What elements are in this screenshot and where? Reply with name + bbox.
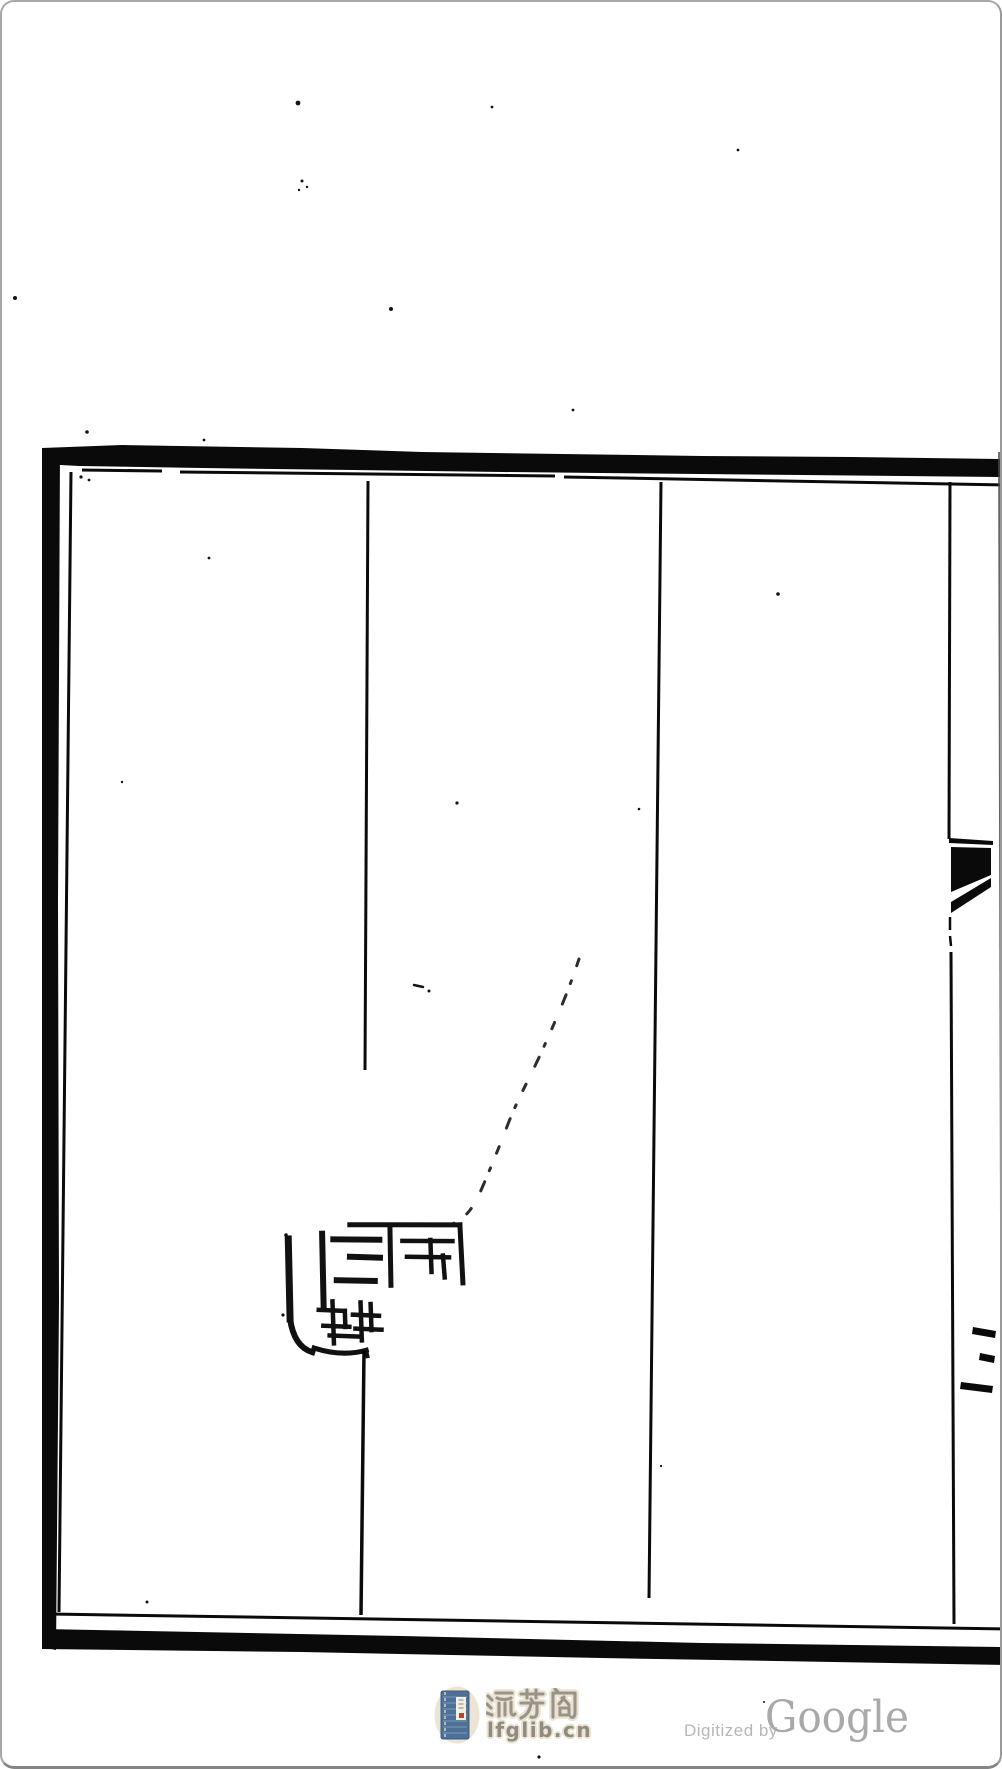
divider-2	[649, 482, 661, 1598]
divider-3-upper	[949, 482, 950, 839]
seal-stamp	[287, 1221, 466, 1359]
digitized-by-text: Digitized by	[684, 1721, 778, 1741]
inner-bottom-line	[50, 1614, 1002, 1629]
lfg-name-text: 流芳阁	[486, 1688, 582, 1721]
bottom-border-band	[42, 1629, 1002, 1665]
lfg-name-glyphs	[486, 1688, 582, 1721]
inner-top-line	[564, 477, 1002, 485]
folio-stroke	[960, 1382, 993, 1393]
column-divider-lines	[361, 481, 954, 1624]
outer-border-frame	[42, 445, 1002, 1665]
inner-left-line	[59, 472, 71, 1612]
inner-top-line	[82, 470, 162, 471]
left-border-band	[42, 448, 60, 1650]
screenshot-root: { "scan": { "folio_number": "三" }, "wate…	[0, 0, 1002, 1769]
scanned-book-page: 流芳阁	[0, 0, 1002, 1769]
google-logo-text: Google	[765, 1696, 909, 1740]
fishtail-mark	[949, 838, 993, 913]
folio-stroke	[979, 1353, 995, 1363]
divider-1-upper	[365, 481, 368, 1070]
lfg-logo	[434, 1686, 480, 1744]
woodblock-print-scan	[2, 2, 1002, 1769]
scratch-line	[414, 959, 579, 1224]
divider-1-lower	[361, 1351, 364, 1615]
inner-top-line	[180, 472, 555, 476]
folio-number	[960, 1327, 996, 1393]
ink-specks	[13, 101, 780, 1759]
divider-3-lower	[951, 952, 954, 1624]
lfg-domain-text: lfglib.cn	[487, 1718, 607, 1742]
inner-border-line	[50, 470, 1002, 1629]
folio-stroke	[972, 1327, 996, 1338]
fishtail-top-line	[949, 838, 993, 845]
book-icon	[434, 1686, 480, 1744]
divider-3-dash	[950, 936, 951, 946]
